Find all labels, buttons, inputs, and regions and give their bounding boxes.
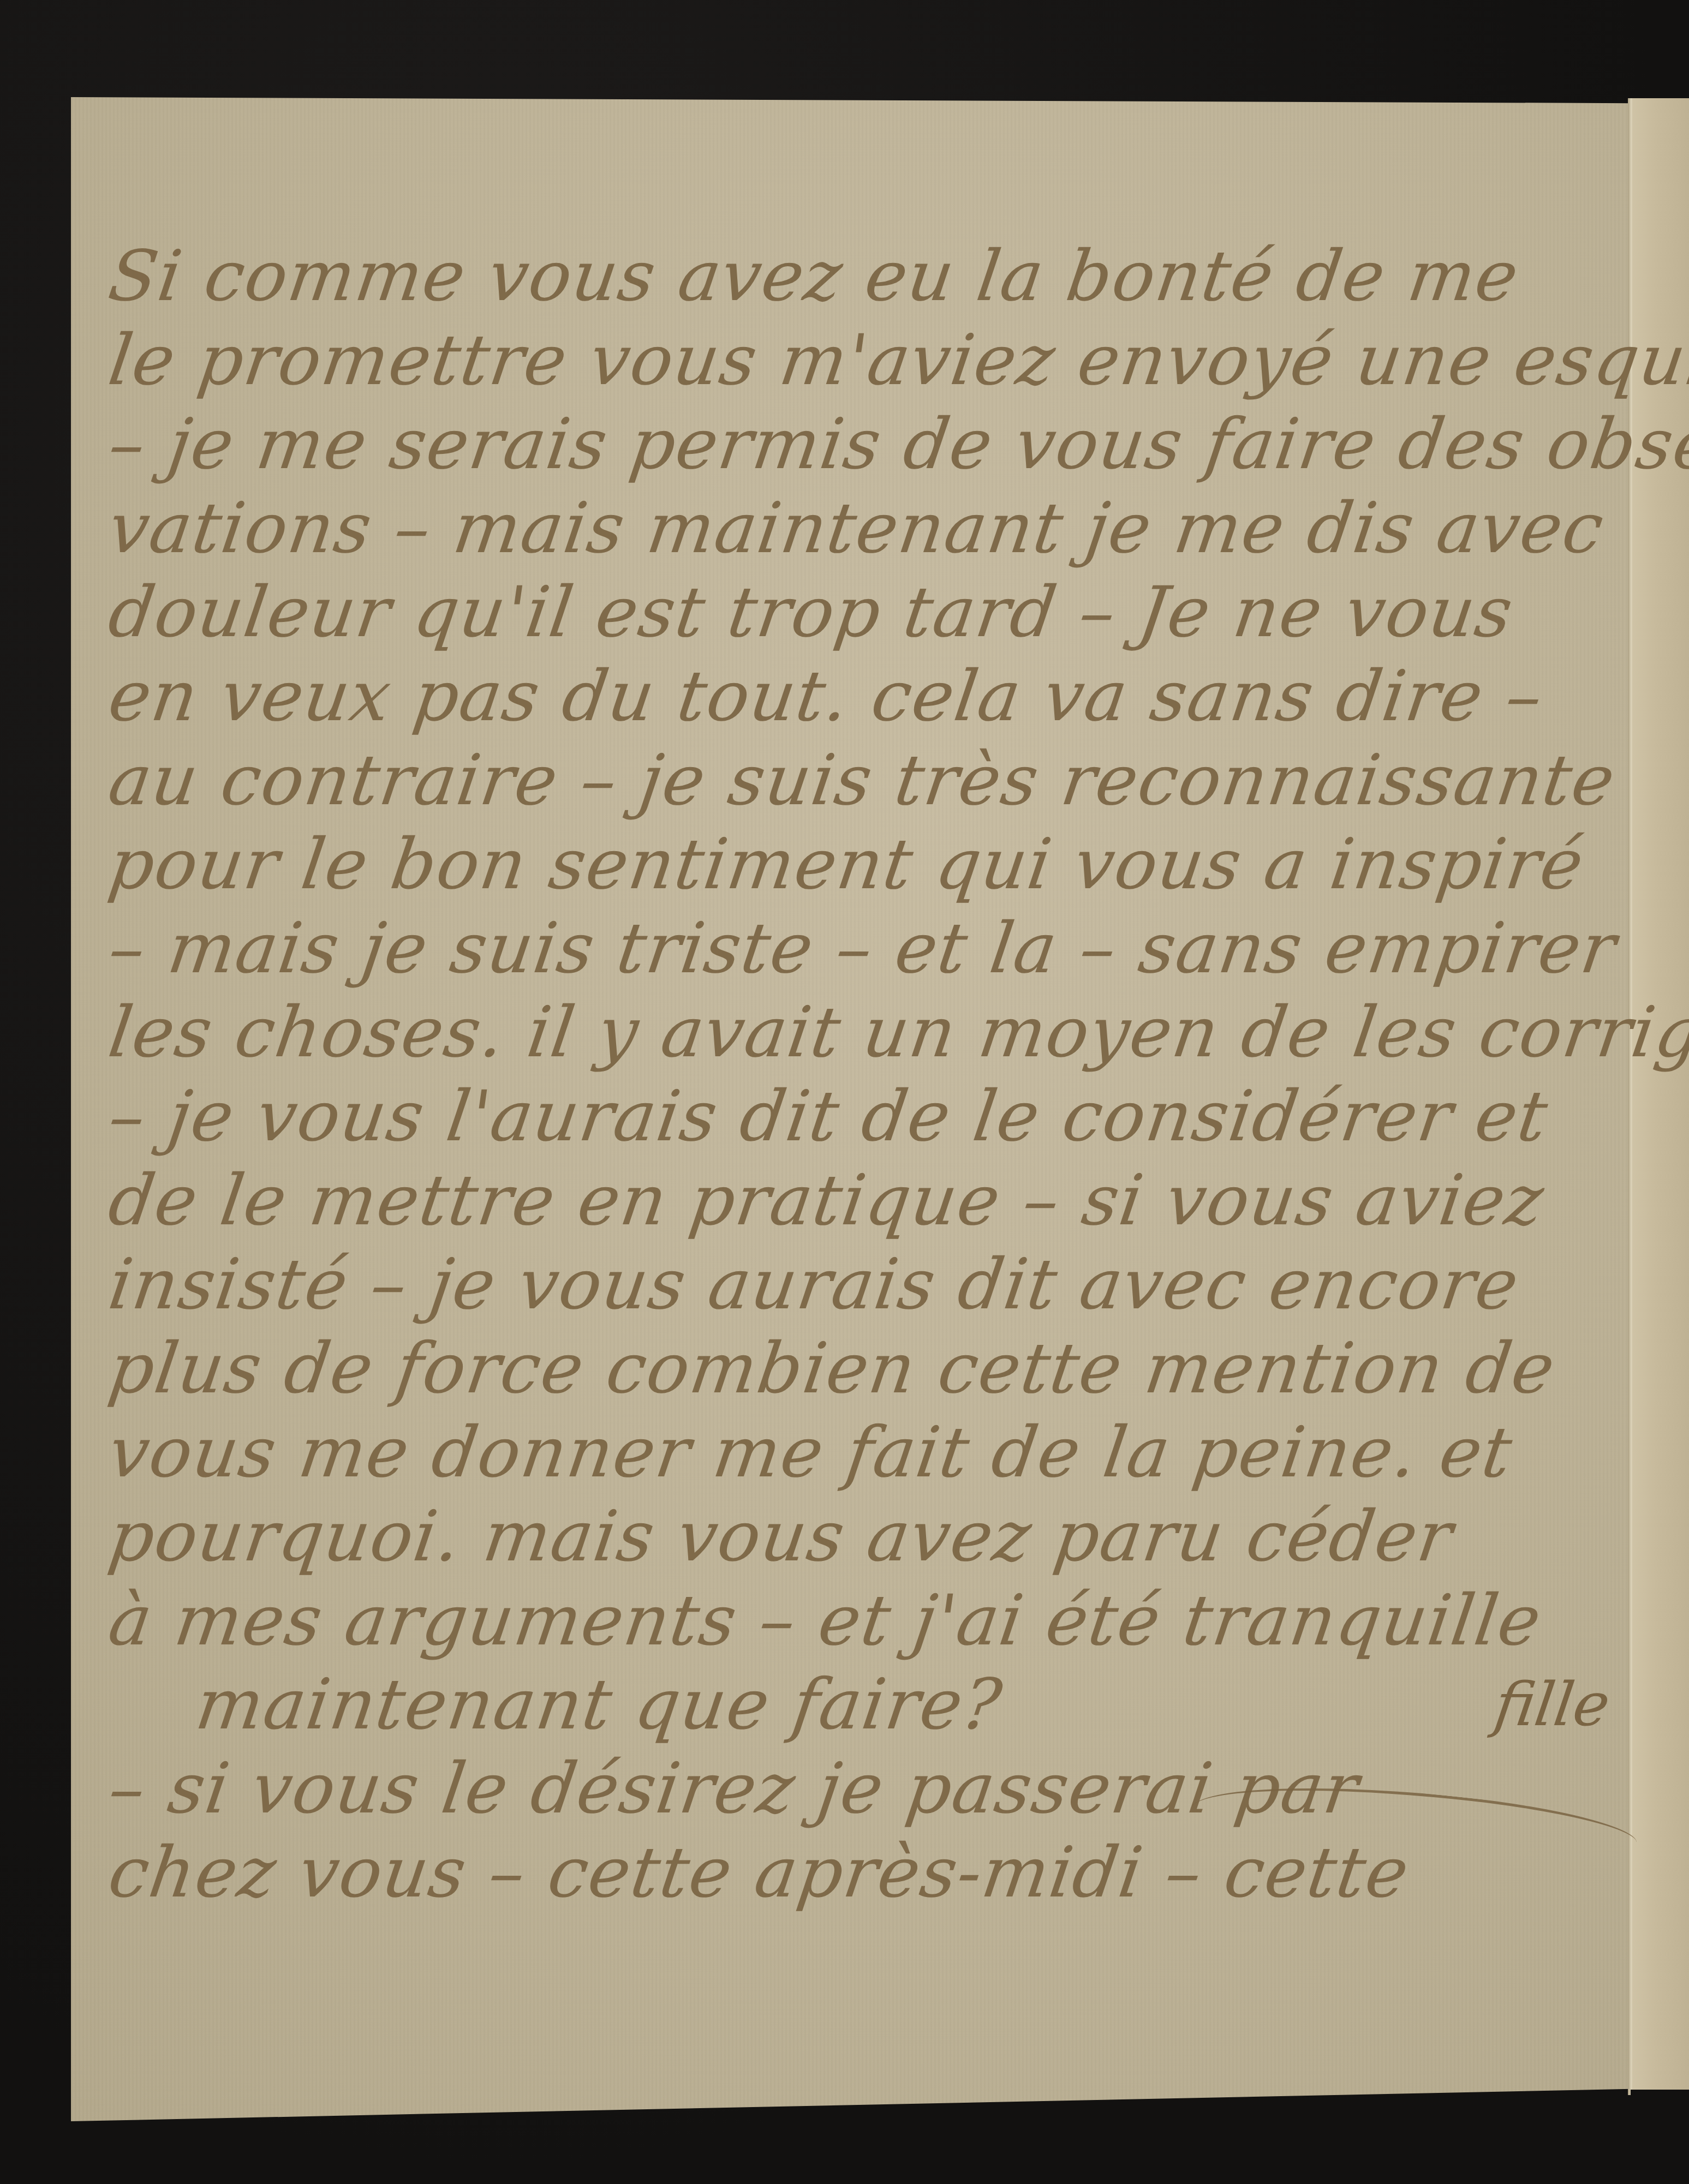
text-line: – je vous l'aurais dit de le considérer … — [104, 1075, 1633, 1159]
text-line: en veux pas du tout. cela va sans dire – — [104, 655, 1633, 739]
text-line: insisté – je vous aurais dit avec encore — [104, 1243, 1633, 1327]
text-line: les choses. il y avait un moyen de les c… — [104, 991, 1633, 1075]
text-line: au contraire – je suis très reconnaissan… — [104, 739, 1633, 823]
text-line: pour le bon sentiment qui vous a inspiré — [104, 823, 1633, 907]
handwritten-text: Si comme vous avez eu la bonté de me le … — [104, 235, 1621, 1915]
text-line: le promettre vous m'aviez envoyé une esq… — [104, 319, 1633, 403]
text-line: maintenant que faire? — [104, 1663, 1633, 1747]
text-line: à mes arguments – et j'ai été tranquille — [104, 1579, 1633, 1663]
text-line: – je me serais permis de vous faire des … — [104, 403, 1633, 487]
text-line: plus de force combien cette mention de — [104, 1327, 1633, 1411]
text-line: de le mettre en pratique – si vous aviez — [104, 1159, 1633, 1243]
margin-note: fille — [1490, 1670, 1614, 1739]
text-line: Si comme vous avez eu la bonté de me — [104, 235, 1633, 319]
text-line: vations – mais maintenant je me dis avec — [104, 487, 1633, 571]
text-line: vous me donner me fait de la peine. et — [104, 1411, 1633, 1495]
text-line: – mais je suis triste – et la – sans emp… — [104, 907, 1633, 991]
text-line: douleur qu'il est trop tard – Je ne vous — [104, 571, 1633, 655]
text-line: pourquoi. mais vous avez paru céder — [104, 1495, 1633, 1579]
